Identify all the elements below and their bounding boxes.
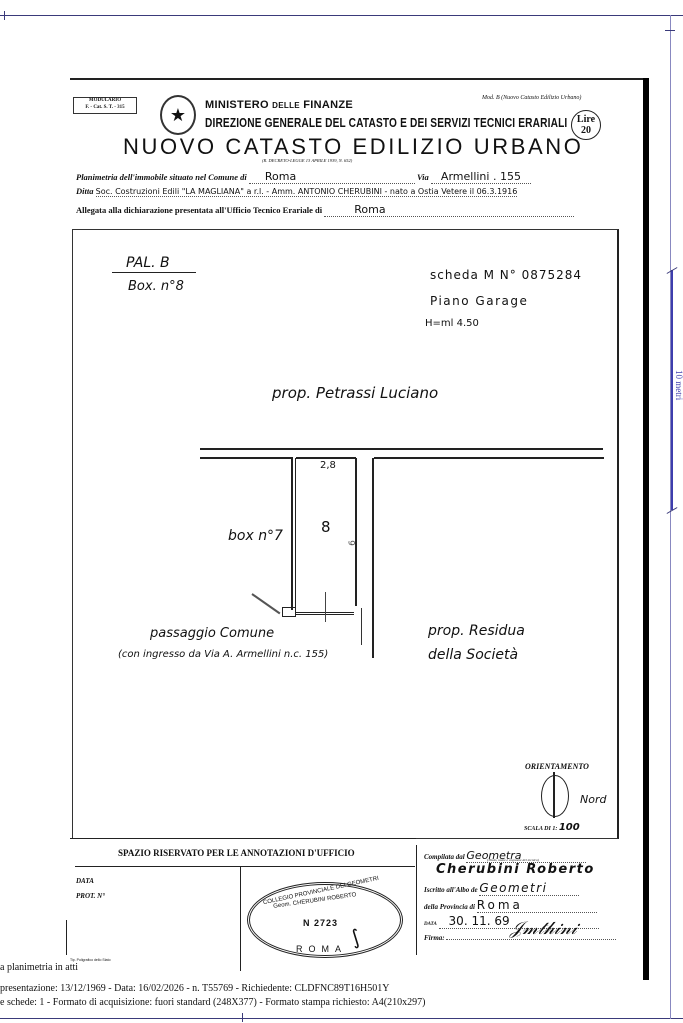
ministry-end: FINANZE (303, 99, 353, 111)
page-frame-bottom (0, 1018, 683, 1019)
page-frame-top (0, 15, 683, 16)
floor-plan-area (72, 229, 619, 839)
building-label: PAL. B (126, 255, 170, 271)
compiler-date-label: DATA (424, 922, 437, 927)
axis-line (325, 592, 326, 622)
albo-label: Iscritto all'Albo de (424, 886, 478, 894)
office-protocol-label: PROT. N° (76, 892, 105, 900)
scale-label: SCALA DI 1: (524, 826, 557, 832)
scale-bar-label: 10 metri (674, 370, 683, 400)
sheet-top-border (70, 78, 648, 80)
stamp-line1: Lire (572, 114, 600, 125)
office-date-label: DATA (76, 877, 94, 885)
orientation-label: ORIENTAMENTO (525, 762, 589, 771)
scale-ratio: SCALA DI 1: 100 (524, 822, 580, 833)
north-compass-icon (541, 775, 569, 817)
corridor-line (361, 608, 362, 645)
wall-north-inner-right (374, 457, 604, 459)
allegata-row: Allegata alla dichiarazione presentata a… (76, 203, 574, 217)
scale-value: 100 (559, 822, 580, 833)
north-label: Nord (580, 793, 606, 806)
wall-box-right (355, 458, 357, 606)
footer-line1: a planimetria in atti (0, 962, 78, 973)
pillar (282, 607, 296, 617)
ditta-row: Ditta Soc. Costruzioni Edili "LA MAGLIAN… (76, 186, 517, 197)
ministry-small: DELLE (272, 101, 300, 110)
height-label: H=ml 4.50 (425, 318, 479, 329)
footer-line2: presentazione: 13/12/1969 - Data: 16/02/… (0, 983, 389, 994)
seal-number: N 2723 (303, 918, 338, 928)
office-reserved-title: SPAZIO RISERVATO PER LE ANNOTAZIONI D'UF… (118, 848, 355, 858)
firma-label: Firma: (424, 934, 445, 942)
wall-corridor-right (372, 458, 374, 658)
entrance-note: (con ingresso da Via A. Armellini n.c. 1… (118, 649, 328, 660)
provincia-value: Roma (477, 898, 597, 913)
office-divider (75, 866, 415, 867)
frame-tick (665, 30, 675, 31)
box-number: 8 (321, 518, 331, 536)
residual-property-line1: prop. Residua (428, 623, 525, 639)
compiler-name: Cherubini Roberto (436, 862, 595, 877)
albo-row: Iscritto all'Albo de Geometri (424, 881, 579, 896)
decree-reference: (R. DECRETO-LEGGE 13 APRILE 1939, N. 652… (262, 158, 352, 163)
wall-north-outer (200, 448, 603, 450)
wall-north-inner-box (296, 457, 356, 459)
sheet-right-border (643, 78, 649, 980)
seal-city: ROMA (296, 944, 347, 954)
ministry-word: MINISTERO (205, 99, 269, 111)
signature-line (446, 939, 616, 940)
planimetria-row: Planimetria dell'immobile situato nel Co… (76, 170, 531, 184)
fraction-line (112, 272, 196, 273)
comune-value: Roma (249, 170, 415, 184)
provincia-row: della Provincia di Roma (424, 898, 597, 913)
box-label: Box. n°8 (128, 279, 184, 294)
wall-box-left-outer (291, 458, 293, 610)
common-passage-label: passaggio Comune (150, 626, 274, 641)
direction-title: DIREZIONE GENERALE DEL CATASTO E DEI SER… (205, 115, 567, 130)
modulario-box: MODULARIO F. - Cat. S. T. - 315 (73, 97, 137, 114)
via-label: Via (417, 172, 429, 182)
wall-north-inner-left (200, 457, 293, 459)
box-length-dimension: 6 (348, 540, 358, 546)
via-value: Armellini . 155 (431, 170, 531, 184)
wall-box-left-inner (295, 458, 296, 608)
margin-mark (66, 920, 67, 955)
ditta-label: Ditta (76, 186, 93, 196)
albo-value: Geometri (479, 881, 579, 896)
scale-bar (671, 270, 673, 510)
compass-needle (553, 772, 555, 818)
adjacent-box-label: box n°7 (228, 528, 283, 544)
ministry-name: MINISTERO DELLE FINANZE (205, 99, 353, 111)
compilata-label: Compilata dal (424, 853, 465, 861)
provincia-label: della Provincia di (424, 903, 475, 911)
planimetria-label: Planimetria dell'immobile situato nel Co… (76, 172, 247, 182)
model-label: Mod. B (Nuovo Catasto Edilizio Urbano) (482, 95, 581, 101)
frame-tick (242, 1013, 243, 1022)
floor-label: Piano Garage (430, 294, 528, 308)
frame-tick (4, 11, 5, 20)
page-frame-right (670, 15, 671, 1019)
scheda-number: scheda M N° 0875284 (430, 268, 582, 282)
ditta-value: Soc. Costruzioni Edili "LA MAGLIANA" a r… (96, 187, 518, 197)
residual-property-line2: della Società (428, 647, 518, 663)
compiler-signature: 𝒥𝓂𝓉𝒽𝒾𝓃𝒾 (510, 918, 577, 939)
box-width-dimension: 2,8 (320, 460, 336, 471)
document-title: NUOVO CATASTO EDILIZIO URBANO (123, 134, 583, 160)
modulario-line2: F. - Cat. S. T. - 315 (74, 105, 136, 112)
footer-line3: e schede: 1 - Formato di acquisizione: f… (0, 997, 425, 1008)
ufficio-value: Roma (324, 203, 574, 217)
office-vertical-divider (240, 866, 241, 971)
compiler-divider (416, 845, 417, 955)
republic-emblem-icon: ★ (160, 95, 196, 135)
neighbor-property-top: prop. Petrassi Luciano (272, 384, 438, 402)
allegata-label: Allegata alla dichiarazione presentata a… (76, 205, 322, 215)
